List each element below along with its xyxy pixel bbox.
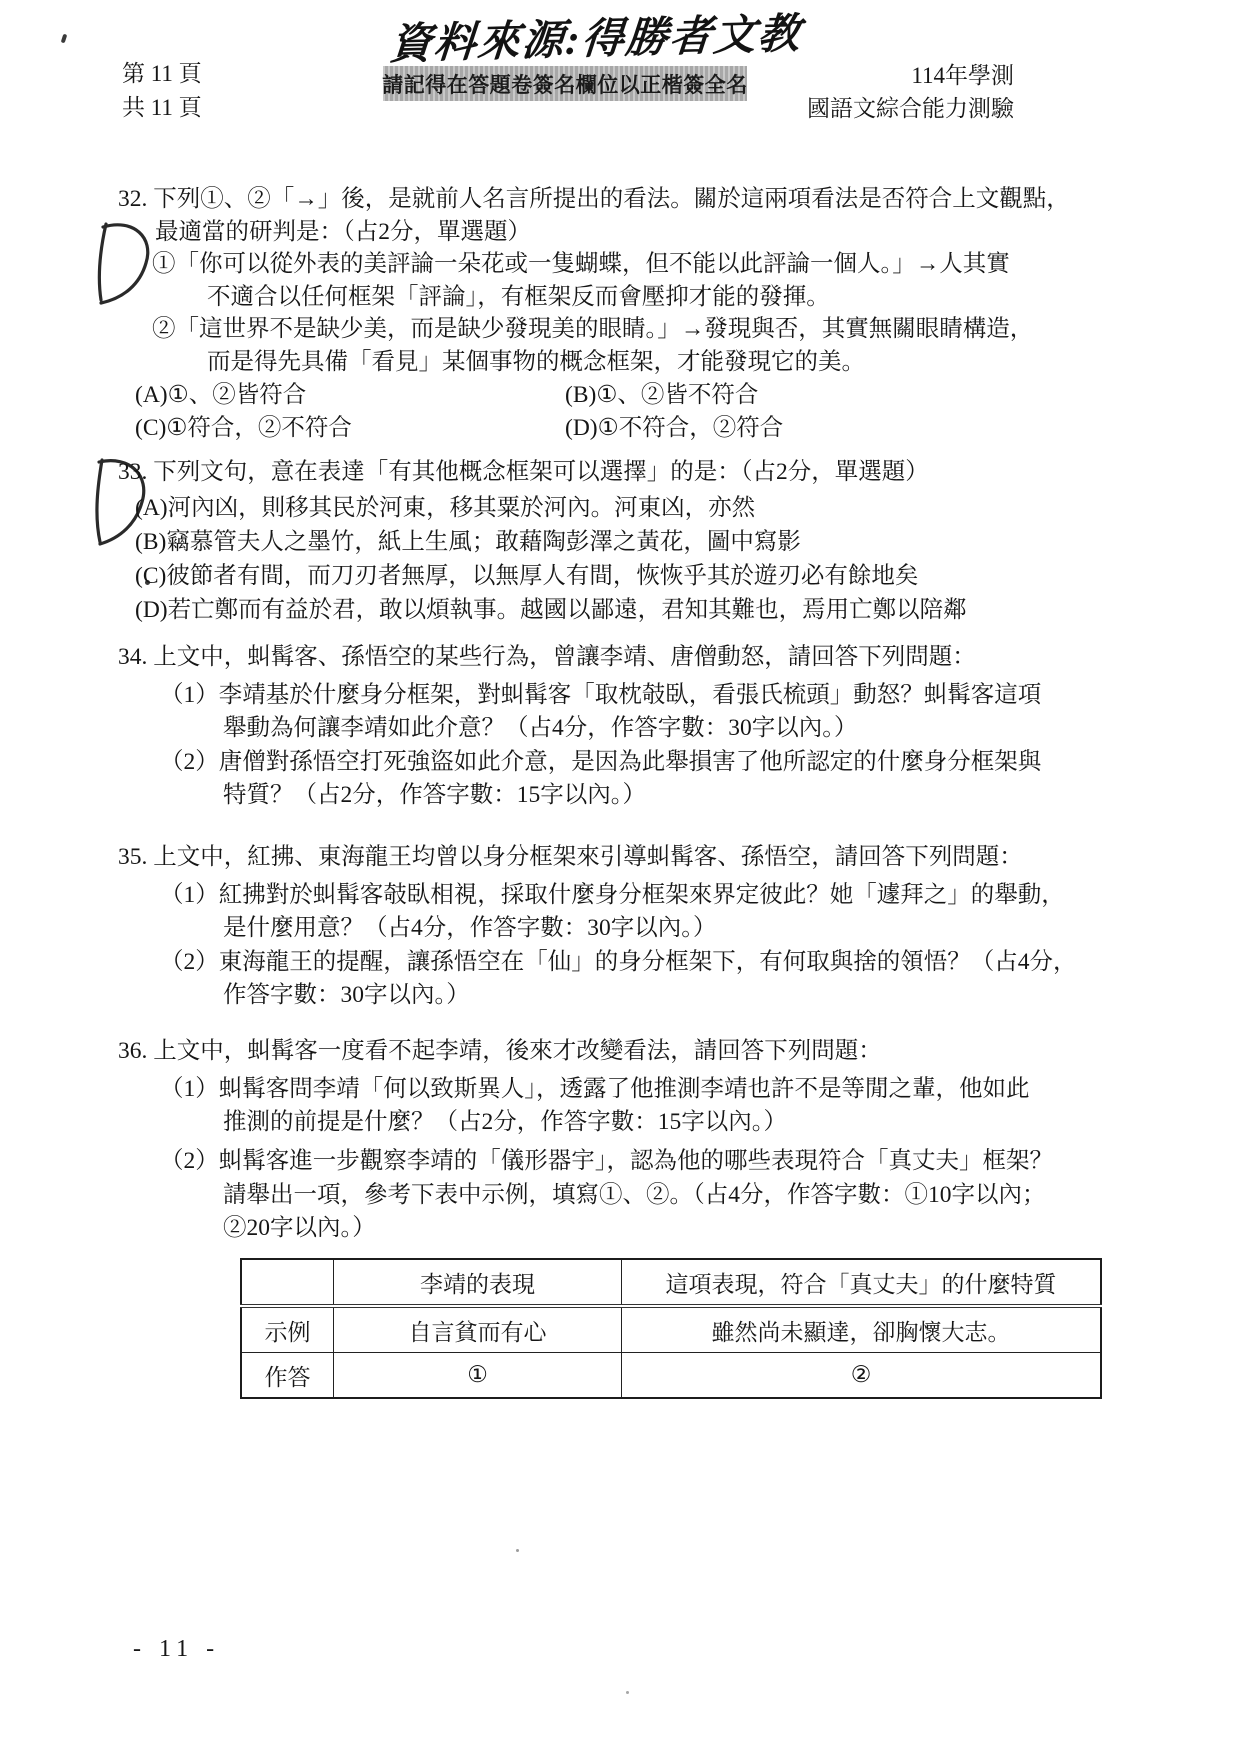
q35-sub1-line1: （1）紅拂對於虯髯客攲臥相視，採取什麼身分框架來界定彼此？她「遽拜之」的舉動，: [160, 881, 1065, 909]
answer-example-table: 李靖的表現 這項表現，符合「真丈夫」的什麼特質 示例 自言貧而有心 雖然尚未顯達…: [240, 1258, 1102, 1399]
q36-sub1-line1: （1）虯髯客問李靖「何以致斯異人」，透露了他推測李靖也許不是等閒之輩，他如此: [160, 1075, 1030, 1103]
q32-option-c: (C)①符合，②不符合: [135, 414, 352, 442]
scan-speck: [516, 1549, 519, 1552]
q32-option-d: (D)①不符合，②符合: [565, 414, 783, 442]
scan-speck: [626, 1691, 629, 1694]
table-header-corner: [241, 1259, 334, 1306]
q34-sub1-line1: （1）李靖基於什麼身分框架，對虯髯客「取枕攲臥，看張氏梳頭」動怒？虯髯客這項: [160, 681, 1041, 709]
q32-item2-line2: 而是得先具備「看見」某個事物的概念框架，才能發現它的美。: [207, 348, 865, 376]
answer-row-blank2: ②: [622, 1353, 1102, 1399]
q36-sub2-line1: （2）虯髯客進一步觀察李靖的「儀形器宇」，認為他的哪些表現符合「真丈夫」框架？: [160, 1147, 1053, 1175]
table-header-trait: 這項表現，符合「真丈夫」的什麼特質: [622, 1259, 1102, 1306]
exam-year-label: 114年學測: [911, 62, 1014, 90]
q33-option-a: (A)河內凶，則移其民於河東，移其粟於河內。河東凶，亦然: [135, 494, 755, 522]
signature-notice-text: 請記得在答題卷簽名欄位以正楷簽全名: [382, 69, 748, 99]
page-number-total: 共 11 頁: [122, 94, 202, 122]
exam-subject-label: 國語文綜合能力測驗: [807, 95, 1014, 123]
q34-sub2-line2: 特質？（占2分，作答字數：15字以內。）: [223, 781, 646, 809]
q35-stem: 35. 上文中，紅拂、東海龍王均曾以身分框架來引導虯髯客、孫悟空，請回答下列問題…: [118, 843, 1023, 871]
q36-stem: 36. 上文中，虯髯客一度看不起李靖，後來才改變看法，請回答下列問題：: [118, 1037, 882, 1065]
q36-sub2-line3: ②20字以內。）: [223, 1214, 376, 1242]
handwritten-d-mark-q32: [86, 216, 160, 308]
signature-notice-highlight: 請記得在答題卷簽名欄位以正楷簽全名: [383, 66, 747, 101]
q32-stem-line2: 最適當的研判是：（占2分，單選題）: [155, 218, 531, 246]
q34-sub2-line1: （2）唐僧對孫悟空打死強盜如此介意，是因為此舉損害了他所認定的什麼身分框架與: [160, 748, 1041, 776]
q36-sub2-line2: 請舉出一項，參考下表中示例，填寫①、②。（占4分，作答字數：①10字以內；: [223, 1181, 1046, 1209]
table-example-row: 示例 自言貧而有心 雖然尚未顯達，卻胸懷大志。: [241, 1306, 1101, 1353]
scanned-exam-page: 資料來源:得勝者文教 第 11 頁 共 11 頁 請記得在答題卷簽名欄位以正楷簽…: [0, 0, 1242, 1756]
answer-row-blank1: ①: [334, 1353, 622, 1399]
q32-stem-line1: 32. 下列①、②「→」後，是就前人名言所提出的看法。關於這兩項看法是否符合上文…: [118, 185, 1070, 213]
page-number-current: 第 11 頁: [122, 60, 202, 88]
q32-option-b: (B)①、②皆不符合: [565, 381, 758, 409]
scan-speck: [61, 34, 68, 44]
table-header-row: 李靖的表現 這項表現，符合「真丈夫」的什麼特質: [241, 1259, 1101, 1306]
table-answer-row: 作答 ① ②: [241, 1353, 1101, 1399]
q33-option-b: (B)竊慕管夫人之墨竹，紙上生風；敢藉陶彭澤之黃花，圖中寫影: [135, 528, 801, 556]
q35-sub1-line2: 是什麼用意？（占4分，作答字數：30字以內。）: [223, 914, 717, 942]
table-header-performance: 李靖的表現: [334, 1259, 622, 1306]
q33-stem: 33. 下列文句，意在表達「有其他概念框架可以選擇」的是：（占2分，單選題）: [118, 458, 929, 486]
footer-page-number: - 11 -: [133, 1636, 220, 1663]
q34-stem: 34. 上文中，虯髯客、孫悟空的某些行為，曾讓李靖、唐僧動怒，請回答下列問題：: [118, 643, 976, 671]
q32-item1-line1: ①「你可以從外表的美評論一朵花或一隻蝴蝶，但不能以此評論一個人。」→人其實: [152, 250, 1010, 278]
example-row-label: 示例: [241, 1306, 334, 1353]
q32-option-a: (A)①、②皆符合: [135, 381, 306, 409]
q35-sub2-line2: 作答字數：30字以內。）: [223, 981, 470, 1009]
q35-sub2-line1: （2）東海龍王的提醒，讓孫悟空在「仙」的身分框架下，有何取與捨的領悟？（占4分，: [160, 948, 1077, 976]
answer-row-label: 作答: [241, 1353, 334, 1399]
q32-item1-line2: 不適合以任何框架「評論」，有框架反而會壓抑才能的發揮。: [207, 283, 830, 311]
q32-item2-line1: ②「這世界不是缺少美，而是缺少發現美的眼睛。」→發現與否，其實無關眼睛構造，: [152, 315, 1033, 343]
q33-option-d: (D)若亡鄭而有益於君，敢以煩執事。越國以鄙遠，君知其難也，焉用亡鄭以陪鄰: [135, 596, 967, 624]
example-row-trait: 雖然尚未顯達，卻胸懷大志。: [622, 1306, 1102, 1353]
q33-option-c: (C)彼節者有間，而刀刃者無厚，以無厚人有間，恢恢乎其於遊刃必有餘地矣: [135, 562, 918, 590]
q34-sub1-line2: 舉動為何讓李靖如此介意？（占4分，作答字數：30字以內。）: [223, 714, 858, 742]
handwritten-source-note: 資料來源:得勝者文教: [388, 1, 805, 72]
q36-sub1-line2: 推測的前提是什麼？（占2分，作答字數：15字以內。）: [223, 1108, 787, 1136]
example-row-performance: 自言貧而有心: [334, 1306, 622, 1353]
